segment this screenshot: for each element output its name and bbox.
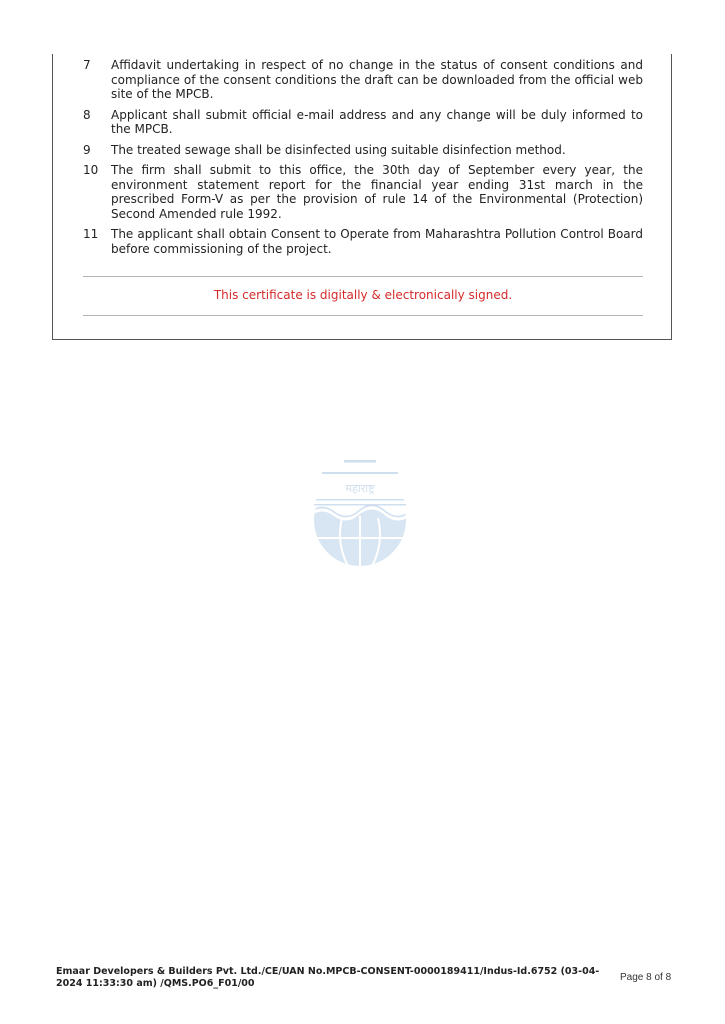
svg-text:महाराष्ट्र: महाराष्ट्र xyxy=(345,482,375,495)
condition-text: The applicant shall obtain Consent to Op… xyxy=(111,227,643,256)
condition-text: Applicant shall submit official e-mail a… xyxy=(111,108,643,137)
condition-number: 8 xyxy=(83,108,111,137)
digital-signature-notice: This certificate is digitally & electron… xyxy=(83,288,643,302)
condition-number: 9 xyxy=(83,143,111,158)
footer-reference: Emaar Developers & Builders Pvt. Ltd./CE… xyxy=(56,966,616,990)
conditions-list: 7 Affidavit undertaking in respect of no… xyxy=(83,58,643,262)
condition-number: 11 xyxy=(83,227,111,256)
condition-item: 7 Affidavit undertaking in respect of no… xyxy=(83,58,643,102)
mpcb-logo-watermark-icon: महाराष्ट्र xyxy=(308,458,412,568)
condition-item: 10 The firm shall submit to this office,… xyxy=(83,163,643,221)
condition-text: The firm shall submit to this office, th… xyxy=(111,163,643,221)
condition-number: 10 xyxy=(83,163,111,221)
divider-bottom xyxy=(83,315,643,316)
condition-text: Affidavit undertaking in respect of no c… xyxy=(111,58,643,102)
condition-item: 11 The applicant shall obtain Consent to… xyxy=(83,227,643,256)
divider-top xyxy=(83,276,643,277)
page-number: Page 8 of 8 xyxy=(620,972,671,983)
condition-text: The treated sewage shall be disinfected … xyxy=(111,143,643,158)
condition-item: 8 Applicant shall submit official e-mail… xyxy=(83,108,643,137)
condition-number: 7 xyxy=(83,58,111,102)
conditions-box: 7 Affidavit undertaking in respect of no… xyxy=(52,54,672,340)
condition-item: 9 The treated sewage shall be disinfecte… xyxy=(83,143,643,158)
